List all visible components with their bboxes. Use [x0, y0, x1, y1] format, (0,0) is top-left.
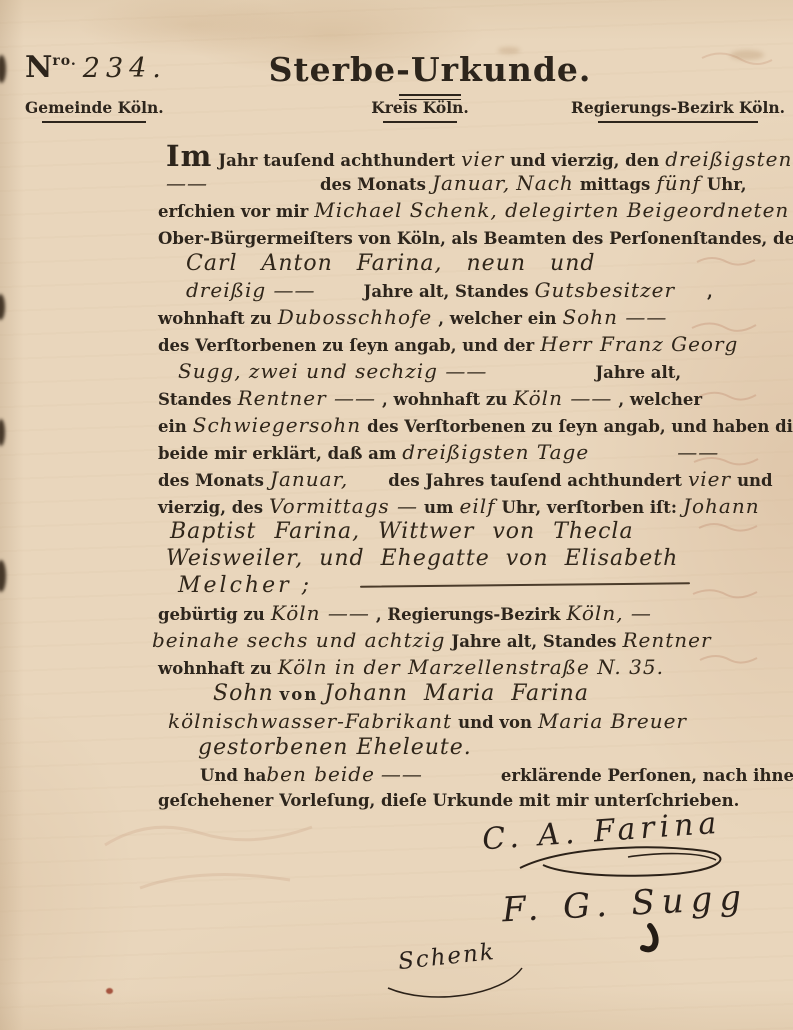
- handwritten-text: ——: [677, 440, 719, 464]
- body-line: Melcher ;: [178, 573, 783, 600]
- handwritten-text: ben beide: [266, 762, 375, 786]
- printed-text: mittags: [580, 175, 651, 194]
- handwritten-text: Sugg, zwei und sechzig ——: [178, 359, 487, 383]
- body-line: Ober-Bürgermeiſters von Köln, als Beamte…: [158, 224, 783, 251]
- body-line: wohnhaft zuDubosschhofe, welcher einSohn…: [158, 304, 783, 331]
- document-title-block: Sterbe-Urkunde.: [100, 50, 760, 100]
- printed-text: Jahre alt, Standes: [364, 282, 529, 301]
- handwritten-text: Sohn: [213, 681, 274, 706]
- printed-text: , welcher: [618, 390, 702, 409]
- printed-text: Im: [166, 139, 212, 173]
- printed-text: um: [424, 498, 453, 517]
- body-line: kölnischwasser-Fabrikantund vonMaria Bre…: [168, 708, 783, 735]
- scan-edge-mark: [0, 560, 6, 592]
- handwritten-text: Dubosschhofe: [278, 305, 433, 329]
- printed-text: , Regierungs-Bezirk: [376, 605, 561, 624]
- handwritten-text: Januar,: [432, 171, 510, 195]
- sugg-signature-descender: [643, 926, 656, 949]
- printed-text: wohnhaft zu: [158, 309, 272, 328]
- printed-text: des Monats: [158, 471, 264, 490]
- signature-schenk: Schenk: [397, 939, 497, 975]
- printed-text: und vierzig, den: [510, 151, 659, 170]
- body-line: beide mir erklärt, daß amdreißigsten Tag…: [158, 439, 783, 466]
- printed-text: des Verſtorbenen zu ſeyn angab, und habe…: [367, 417, 793, 436]
- body-line: des Verſtorbenen zu ſeyn angab, und derH…: [158, 331, 783, 358]
- body-line: Und haben beide——erklärende Perſonen, na…: [200, 761, 783, 788]
- district-kreis-label: Kreis Köln.: [371, 98, 469, 117]
- body-line: beinahe sechs und achtzigJahre alt, Stan…: [152, 627, 783, 654]
- printed-text: wohnhaft zu: [158, 659, 272, 678]
- printed-text: , welcher ein: [438, 309, 556, 328]
- handwritten-text: Nach: [516, 171, 574, 195]
- handwritten-text: Rentner ——: [238, 386, 376, 410]
- handwritten-text: Sohn ——: [562, 305, 667, 329]
- body-line: Baptist Farina, Wittwer von Thecla: [170, 519, 783, 546]
- body-line: Sugg, zwei und sechzig ——Jahre alt,: [178, 358, 783, 385]
- ink-speck: [106, 988, 113, 994]
- printed-text: beide mir erklärt, daß am: [158, 444, 396, 463]
- district-underline: [383, 121, 456, 123]
- document-body: ImJahr tauſend achthundertvierund vierzi…: [158, 143, 783, 815]
- body-line: SohnvonJohann Maria Farina: [213, 681, 783, 708]
- handwritten-text: kölnischwasser-Fabrikant: [168, 709, 452, 733]
- printed-text: Jahre alt, Standes: [451, 632, 616, 651]
- scan-edge-mark: [0, 419, 5, 446]
- death-certificate-scan: Nro.234. Sterbe-Urkunde. Gemeinde Köln. …: [0, 0, 793, 1030]
- scan-edge-mark: [0, 55, 6, 83]
- handwritten-text: Melcher ;: [178, 573, 312, 598]
- district-bezirk: Regierungs-Bezirk Köln.: [571, 98, 785, 123]
- handwritten-text: Schwiegersohn: [193, 413, 361, 437]
- printed-text: und: [737, 471, 773, 490]
- body-line: ImJahr tauſend achthundertvierund vierzi…: [166, 143, 783, 170]
- handwritten-text: Baptist Farina, Wittwer von Thecla: [170, 519, 634, 544]
- printed-text: ,: [707, 282, 713, 301]
- handwritten-text: Maria Breuer: [538, 709, 687, 733]
- printed-text: des Verſtorbenen zu ſeyn angab, und der: [158, 336, 534, 355]
- printed-text: und von: [458, 713, 532, 732]
- scan-edge-mark: [0, 294, 5, 320]
- printed-text: Jahr tauſend achthundert: [218, 151, 455, 170]
- handwritten-text: gestorbenen Eheleute.: [198, 735, 472, 760]
- handwritten-text: eilf: [460, 494, 496, 518]
- handwritten-text: Rentner: [622, 628, 711, 652]
- printed-text: Jahre alt,: [595, 363, 681, 382]
- district-underline: [598, 121, 759, 123]
- signature-ghost-offset: [105, 827, 312, 888]
- handwritten-text: Michael Schenk, delegirten Beigeordneten…: [314, 198, 793, 222]
- farina-signature-flourish-2: [628, 854, 716, 860]
- handwritten-text: Köln ——: [271, 601, 370, 625]
- printed-text: des Monats: [320, 175, 426, 194]
- handwritten-text: Johann: [683, 494, 760, 518]
- body-line: wohnhaft zuKöln in der Marzellenstraße N…: [158, 654, 783, 681]
- printed-text: Und ha: [200, 766, 266, 785]
- body-line: StandesRentner ——, wohnhaft zuKöln ——, w…: [158, 385, 783, 412]
- handwritten-text: beinahe sechs und achtzig: [152, 628, 445, 652]
- handwritten-text: Weisweiler, und Ehegatte von Elisabeth: [166, 546, 678, 571]
- printed-text: Uhr,: [707, 175, 747, 194]
- handwritten-text: Carl Anton Farina, neun und: [186, 251, 595, 276]
- district-bezirk-label: Regierungs-Bezirk Köln.: [571, 98, 785, 117]
- printed-text: erſchien vor mir: [158, 202, 308, 221]
- body-line: Weisweiler, und Ehegatte von Elisabeth: [166, 546, 783, 573]
- handwritten-text: fünf: [656, 171, 701, 195]
- printed-text: Standes: [158, 390, 232, 409]
- printed-text: des Jahres tauſend achthundert: [388, 471, 682, 490]
- handwritten-text: ——: [381, 762, 423, 786]
- body-line: Carl Anton Farina, neun und: [186, 251, 783, 278]
- handwritten-text: Gutsbesitzer: [535, 278, 675, 302]
- printed-text: Uhr, verſtorben iſt:: [502, 498, 677, 517]
- printed-text: erklärende Perſonen, nach ihnen: [501, 766, 793, 785]
- handwritten-text: vier: [461, 147, 504, 171]
- handwritten-text: Köln, —: [566, 601, 651, 625]
- body-line: erſchien vor mirMichael Schenk, delegirt…: [158, 197, 783, 224]
- paper-stain: [498, 47, 520, 54]
- printed-text: ein: [158, 417, 187, 436]
- handwritten-text: dreißig ——: [186, 278, 316, 302]
- ink-rule: [360, 583, 690, 588]
- body-line: dreißig ——Jahre alt, StandesGutsbesitzer…: [186, 277, 783, 304]
- page-title: Sterbe-Urkunde.: [100, 50, 760, 89]
- body-line: des MonatsJanuar,des Jahres tauſend acht…: [158, 466, 783, 493]
- handwritten-text: ——: [166, 171, 208, 195]
- handwritten-text: Köln ——: [513, 386, 612, 410]
- handwritten-text: Vormittags —: [269, 494, 418, 518]
- body-line: vierzig, desVormittags —umeilfUhr, verſt…: [158, 493, 783, 520]
- body-line: gebürtig zuKöln ——, Regierungs-BezirkKöl…: [158, 600, 783, 627]
- body-line: einSchwiegersohndes Verſtorbenen zu ſeyn…: [158, 412, 783, 439]
- handwritten-text: vier: [688, 467, 731, 491]
- handwritten-text: dreißigsten: [665, 147, 792, 171]
- body-line: ——des MonatsJanuar,NachmittagsfünfUhr,: [166, 170, 783, 197]
- printed-text: von: [280, 685, 319, 704]
- handwritten-text: Johann Maria Farina: [324, 681, 589, 706]
- printed-text: geſchehener Vorleſung, dieſe Urkunde mit…: [158, 791, 739, 810]
- handwritten-text: Köln in der Marzellenstraße N. 35.: [278, 655, 664, 679]
- handwritten-text: Januar,: [270, 467, 348, 491]
- handwritten-text: Herr Franz Georg: [540, 332, 738, 356]
- printed-text: vierzig, des: [158, 498, 263, 517]
- signature-sugg: F. G. Sugg: [501, 878, 749, 931]
- number-label-superscript: ro.: [52, 53, 76, 69]
- body-line: gestorbenen Eheleute.: [198, 735, 783, 762]
- handwritten-text: dreißigsten Tage: [402, 440, 589, 464]
- printed-text: Ober-Bürgermeiſters von Köln, als Beamte…: [158, 229, 793, 248]
- number-label: N: [25, 50, 52, 85]
- printed-text: , wohnhaft zu: [382, 390, 507, 409]
- printed-text: gebürtig zu: [158, 605, 265, 624]
- paper-stain: [730, 50, 764, 60]
